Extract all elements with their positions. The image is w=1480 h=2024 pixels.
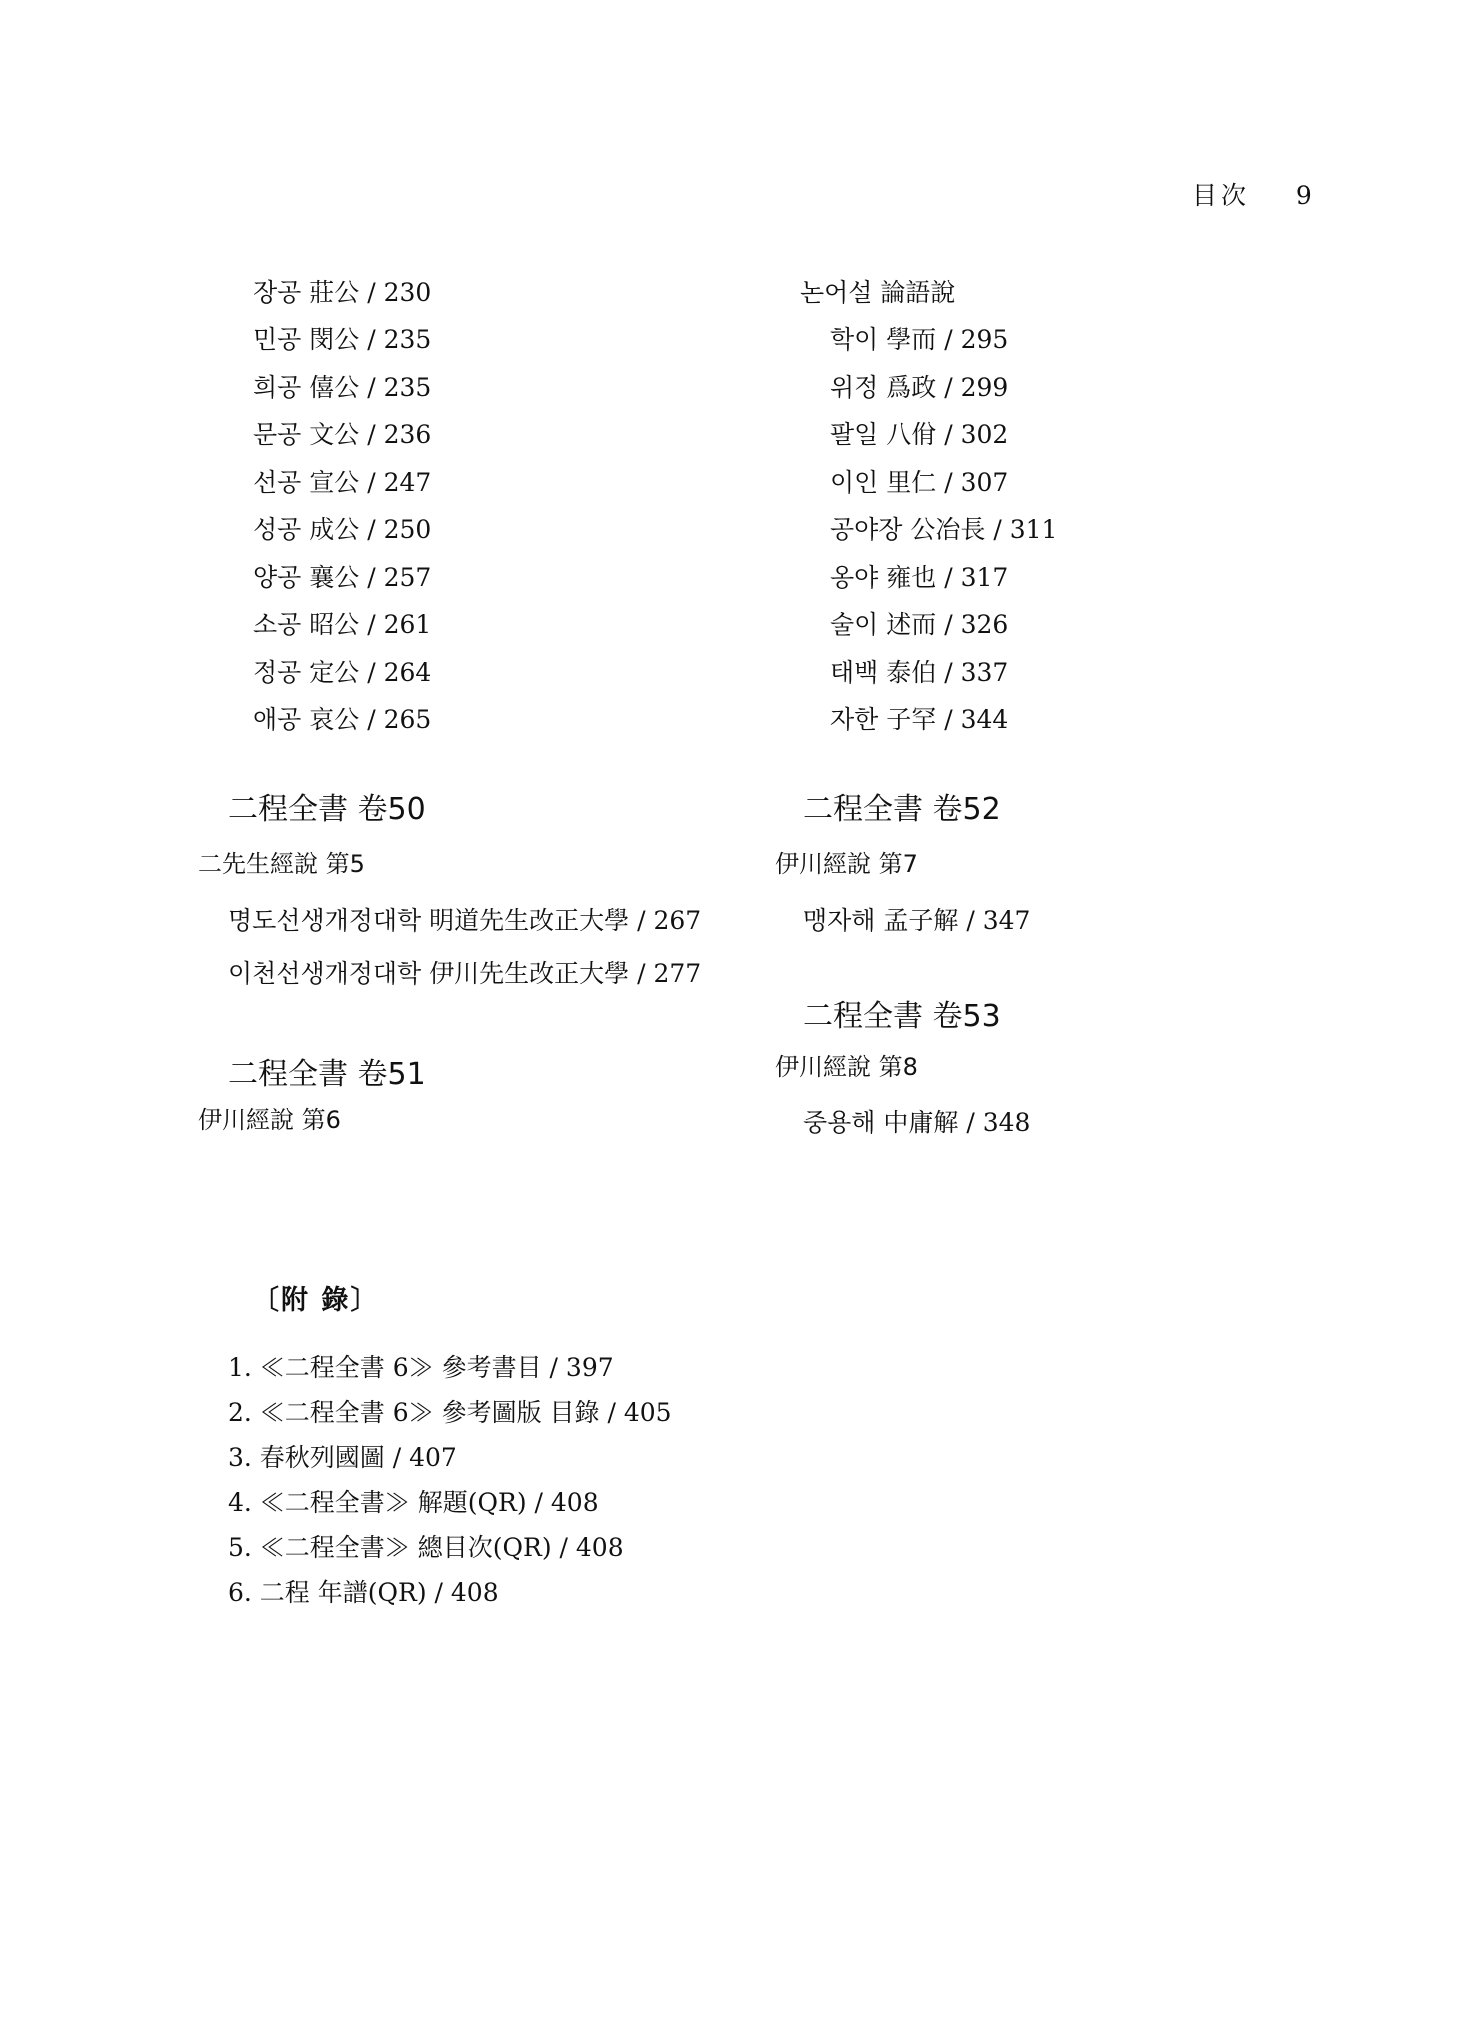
volume-heading-50: 二程全書 卷50	[228, 795, 426, 825]
appendix-item[interactable]: 4. ≪二程全書≫ 解題(QR) / 408	[228, 1490, 599, 1515]
toc-entry[interactable]: 자한 子罕 / 344	[830, 707, 1008, 732]
section-subheading: 伊川經說 第7	[775, 852, 918, 876]
toc-entry[interactable]: 팔일 八佾 / 302	[830, 422, 1008, 447]
section-subheading: 伊川經說 第8	[775, 1055, 918, 1079]
toc-entry[interactable]: 태백 泰伯 / 337	[830, 660, 1008, 685]
toc-entry[interactable]: 양공 襄公 / 257	[253, 565, 431, 590]
toc-entry[interactable]: 명도선생개정대학 明道先生改正大學 / 267	[228, 908, 701, 933]
section-subheading: 二先生經說 第5	[198, 852, 365, 876]
volume-heading-51: 二程全書 卷51	[228, 1060, 426, 1090]
toc-entry[interactable]: 희공 僖公 / 235	[253, 375, 431, 400]
appendix-item[interactable]: 2. ≪二程全書 6≫ 參考圖版 目錄 / 405	[228, 1400, 672, 1425]
toc-entry[interactable]: 위정 爲政 / 299	[830, 375, 1008, 400]
volume-heading-52: 二程全書 卷52	[803, 795, 1001, 825]
appendix-item[interactable]: 3. 春秋列國圖 / 407	[228, 1445, 457, 1470]
running-head-label: 目次	[1192, 181, 1250, 210]
toc-entry[interactable]: 중용해 中庸解 / 348	[803, 1110, 1030, 1135]
appendix-item[interactable]: 6. 二程 年譜(QR) / 408	[228, 1580, 499, 1605]
section-title-lunyu: 논어설 論語說	[800, 280, 955, 305]
running-head: 目次 9	[1192, 183, 1316, 208]
toc-entry[interactable]: 공야장 公冶長 / 311	[830, 517, 1057, 542]
toc-entry[interactable]: 옹야 雍也 / 317	[830, 565, 1008, 590]
toc-entry[interactable]: 정공 定公 / 264	[253, 660, 431, 685]
section-subheading: 伊川經說 第6	[198, 1108, 341, 1132]
toc-entry[interactable]: 소공 昭公 / 261	[253, 612, 431, 637]
toc-entry[interactable]: 술이 述而 / 326	[830, 612, 1008, 637]
toc-entry[interactable]: 학이 學而 / 295	[830, 327, 1008, 352]
volume-heading-53: 二程全書 卷53	[803, 1002, 1001, 1032]
toc-entry[interactable]: 애공 哀公 / 265	[253, 707, 431, 732]
appendix-title: 〔附 錄〕	[252, 1287, 379, 1314]
appendix-item[interactable]: 1. ≪二程全書 6≫ 參考書目 / 397	[228, 1355, 614, 1380]
toc-entry[interactable]: 장공 莊公 / 230	[253, 280, 431, 305]
toc-entry[interactable]: 성공 成公 / 250	[253, 517, 431, 542]
toc-entry[interactable]: 선공 宣公 / 247	[253, 470, 431, 495]
toc-entry[interactable]: 이천선생개정대학 伊川先生改正大學 / 277	[228, 961, 701, 986]
appendix-item[interactable]: 5. ≪二程全書≫ 總目次(QR) / 408	[228, 1535, 624, 1560]
toc-entry[interactable]: 맹자해 孟子解 / 347	[803, 908, 1030, 933]
page-number: 9	[1296, 181, 1316, 210]
toc-entry[interactable]: 문공 文公 / 236	[253, 422, 431, 447]
toc-entry[interactable]: 민공 閔公 / 235	[253, 327, 431, 352]
toc-entry[interactable]: 이인 里仁 / 307	[830, 470, 1008, 495]
